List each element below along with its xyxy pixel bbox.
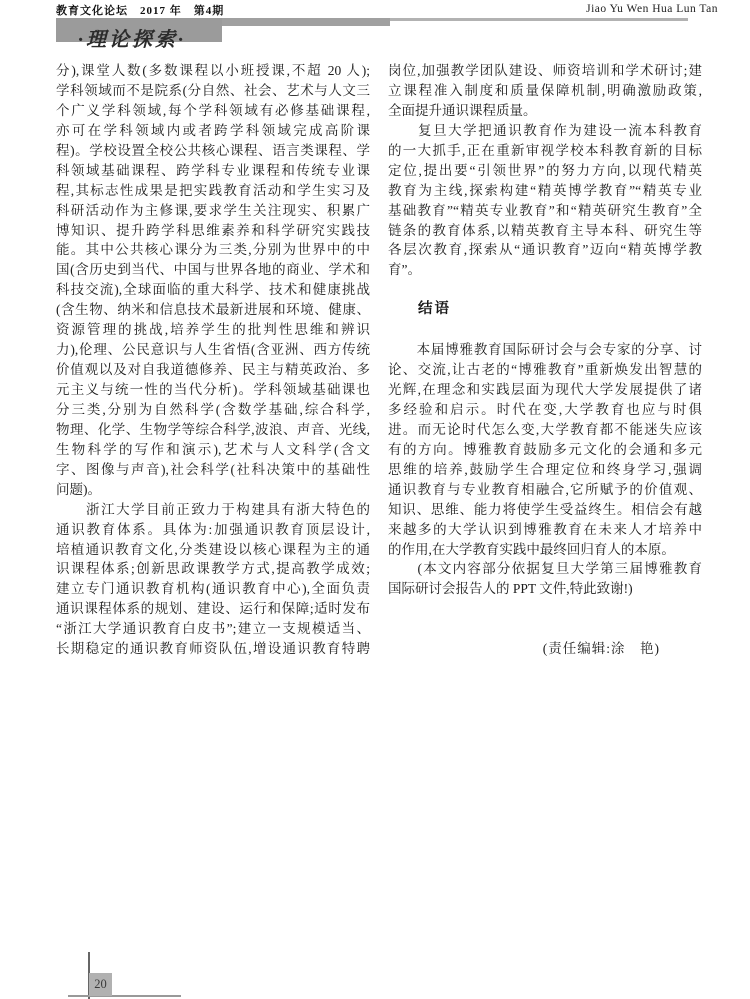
- text-line: 分三类,分别为自然科学(含数学基础,综合科学,: [56, 400, 370, 420]
- text-line: “浙江大学通识教育白皮书”;建立一支规模适当、: [56, 619, 370, 639]
- section-heading: 结语: [418, 300, 702, 320]
- text-line: 能。其中公共核心课分为三类,分别为世界中的中: [56, 240, 370, 260]
- text-line: 程,其标志性成果是把实践教育活动和学生实习及: [56, 181, 370, 201]
- text-line: 个广义学科领域,每个学科领域有必修基础课程,: [56, 101, 370, 121]
- text-line: 的一大抓手,正在重新审视学校本科教育新的目标: [388, 141, 702, 161]
- text-line: 科技交流),全球面临的重大科学、技术和健康挑战: [56, 280, 370, 300]
- text-line: 通识教育体系。具体为:加强通识教育顶层设计,: [56, 520, 370, 540]
- text-line: 论、交流,让古老的“博雅教育”重新焕发出智慧的: [388, 360, 702, 380]
- text-line: 问题)。: [56, 480, 370, 500]
- column-left: 分),课堂人数(多数课程以小班授课,不超 20 人);学科领域而不是院系(分自然…: [56, 61, 370, 659]
- text-line: 分),课堂人数(多数课程以小班授课,不超 20 人);: [56, 61, 370, 81]
- text-line: 教育为主线,探索构建“精英博学教育”“精英专业: [388, 181, 702, 201]
- text-line: 通识教育与专业教育相融合,它所赋予的价值观、: [388, 480, 702, 500]
- text-line: 亦可在学科领域内或者跨学科领域完成高阶课: [56, 121, 370, 141]
- text-line: 生物科学的写作和演示),艺术与人文科学(含文: [56, 440, 370, 460]
- text-line: 全面提升通识课程质量。: [388, 101, 702, 121]
- text-line: 来越多的大学认识到博雅教育在未来人才培养中: [388, 520, 702, 540]
- text-line: 定位,提出要“引领世界”的努力方向,以现代精英: [388, 161, 702, 181]
- text-line: (含生物、纳米和信息技术最新进展和环境、健康、: [56, 300, 370, 320]
- text-line: 培植通识教育文化,分类建设以核心课程为主的通: [56, 540, 370, 560]
- text-line: 力),伦理、公民意识与人生省悟(含亚洲、西方传统: [56, 340, 370, 360]
- text-line: 价值观以及对自我道德修养、民主与精英政治、多: [56, 360, 370, 380]
- column-right: 岗位,加强教学团队建设、师资培训和学术研讨;建立课程准入制度和质量保障机制,明确…: [388, 61, 702, 659]
- text-line: 学科领域而不是院系(分自然、社会、艺术与人文三: [56, 81, 370, 101]
- section-label: ·理论探索·: [78, 23, 186, 52]
- text-line: 知识、思维、能力将使学生受益终生。相信会有越: [388, 500, 702, 520]
- text-line: 博知识、提升跨学科思维素养和科学研究实践技: [56, 221, 370, 241]
- journal-page: 教育文化论坛 2017 年 第4期 Jiao Yu Wen Hua Lun Ta…: [0, 0, 750, 999]
- page-number: 20: [94, 977, 107, 992]
- text-line: 进。而无论时代怎么变,大学教育都不能迷失应该: [388, 420, 702, 440]
- banner-bar-thin: [390, 18, 688, 21]
- text-line: 科领域基础课程、跨学科专业课程和传统专业课: [56, 161, 370, 181]
- text-line: 的作用,在大学教育实践中最终回归育人的本原。: [388, 540, 702, 560]
- page-number-box: 20: [89, 973, 112, 996]
- text-line: 字、图像与声音),社会科学(社科决策中的基础性: [56, 460, 370, 480]
- editor-credit: (责任编辑:涂 艳): [388, 639, 702, 659]
- text-line: 识课程体系;创新思政课教学方式,提高教学成效;: [56, 559, 370, 579]
- text-line: 光辉,在理念和实践层面为现代大学发展提供了诸: [388, 380, 702, 400]
- journal-title-cn: 教育文化论坛 2017 年 第4期: [56, 2, 224, 18]
- text-line: 资源管理的挑战,培养学生的批判性思维和辨识: [56, 320, 370, 340]
- text-line: 多经验和启示。时代在变,大学教育也应与时俱: [388, 400, 702, 420]
- text-line: 通识课程体系的规划、建设、运行和保障;适时发布: [56, 599, 370, 619]
- text-line: 本届博雅教育国际研讨会与会专家的分享、讨: [388, 340, 702, 360]
- text-line: 科研活动作为主修课,要求学生关注现实、积累广: [56, 201, 370, 221]
- text-line: 国(含历史到当代、中国与世界各地的商业、学术和: [56, 260, 370, 280]
- text-line: 各层次教育,探索从“通识教育”迈向“精英博学教: [388, 240, 702, 260]
- text-line: 岗位,加强教学团队建设、师资培训和学术研讨;建: [388, 61, 702, 81]
- text-line: 基础教育”“精英专业教育”和“精英研究生教育”全: [388, 201, 702, 221]
- text-line: 链条的教育体系,以精英教育主导本科、研究生等: [388, 221, 702, 241]
- text-line: 浙江大学目前正致力于构建具有浙大特色的: [56, 500, 370, 520]
- text-line: 思维的培养,鼓励学生合理定位和终身学习,强调: [388, 460, 702, 480]
- text-line: 建立专门通识教育机构(通识教育中心),全面负责: [56, 579, 370, 599]
- text-line: 元主义与统一性的当代分析)。学科领域基础课也: [56, 380, 370, 400]
- banner-bar-medium: [222, 18, 390, 26]
- text-line: (本文内容部分依据复旦大学第三届博雅教育: [388, 559, 702, 579]
- text-line: 程)。学校设置全校公共核心课程、语言类课程、学: [56, 141, 370, 161]
- text-line: 有的方向。博雅教育鼓励多元文化的会通和多元: [388, 440, 702, 460]
- text-line: 国际研讨会报告人的 PPT 文件,特此致谢!): [388, 579, 702, 599]
- text-line: 育”。: [388, 260, 702, 280]
- text-line: 物理、化学、生物学等综合科学,波浪、声音、光线,: [56, 420, 370, 440]
- text-line: 立课程准入制度和质量保障机制,明确激励政策,: [388, 81, 702, 101]
- footer-horizontal-rule: [68, 995, 181, 997]
- text-line: 复旦大学把通识教育作为建设一流本科教育: [388, 121, 702, 141]
- journal-title-pinyin: Jiao Yu Wen Hua Lun Tan: [586, 3, 718, 15]
- text-line: 长期稳定的通识教育师资队伍,增设通识教育特聘: [56, 639, 370, 659]
